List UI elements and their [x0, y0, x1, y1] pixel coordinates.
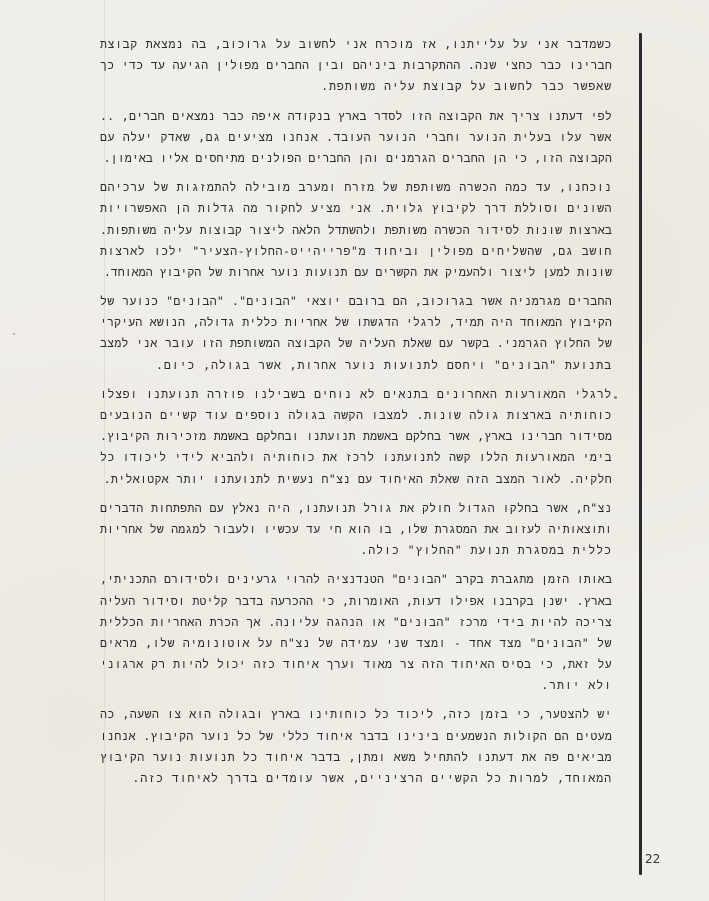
text-line: בימי המאורעות הללו קשה לתנועתנו לרכז את … [100, 447, 612, 468]
text-line: ותוצאותיה לעזוב את המסגרת שלו, בו הוא חי… [100, 519, 612, 540]
text-line: חברינו כבר כחצי שנה. ההתקרבות ביניהם ובי… [100, 55, 612, 76]
text-line: בארץ. ישנן בקרבנו אפילו דעות, האומרות, כ… [100, 591, 612, 612]
text-line: צריכה להיות בידי מרכז "הבונים" או הנהגה … [100, 612, 612, 633]
paragraph: יש להצטער, כי בזמן כזה, ליכוד כל כוחותינ… [100, 704, 612, 789]
text-line: מעטים הם הקולות הנשמעים בינינו בדבר איחו… [100, 726, 612, 747]
text-line: הקבוצה הזו, כי הן החברים הגרמנים והן החב… [100, 148, 612, 169]
text-line: מסידור חברינו בארץ, אשר בחלקם באשמת תנוע… [100, 426, 612, 447]
paragraph: החברים מגרמניה אשר בגרוכוב, הם ברובם יוצ… [100, 291, 612, 376]
text-line: חושב גם, שהשליחים מפולין וביחוד מ"פרייהי… [100, 241, 612, 262]
text-line: הקיבוץ המאוחד היה תמיד, לרגלי הדגשתו של … [100, 312, 612, 333]
text-line: על זאת, כי בסיס האיחוד הזה צר מאוד וערך … [100, 654, 612, 675]
text-line: כשמדבר אני על עלייתנו, אז מוכרח אני לחשו… [100, 34, 612, 55]
paragraph: לפי דעתנו צריך את הקבוצה הזו לסדר בארץ ב… [100, 106, 612, 170]
text-line: החברים מגרמניה אשר בגרוכוב, הם ברובם יוצ… [100, 291, 612, 312]
paragraph: לרגלי המאורעות האחרונים בתנאים לא נוחים … [100, 384, 612, 490]
text-line: של החלוץ הגרמני. בקשר עם שאלת העליה של ה… [100, 333, 612, 354]
paragraph: נוכחנו, עד כמה הכשרה משותפת של מזרח ומער… [100, 177, 612, 283]
paper-speck [13, 333, 15, 335]
text-line: השונים וסוללת דרך לקיבוץ גלוית. אני מציע… [100, 198, 612, 219]
text-line: כללית במסגרת תנועת "החלוץ" כולה. [100, 540, 612, 561]
margin-rule-line [639, 33, 642, 875]
paragraph: באותו הזמן מתגברת בקרב "הבונים" הטנדנציה… [100, 569, 612, 696]
text-line: חלקיה. לאור המצב הזה שאלת האיחוד עם נצ"ח… [100, 469, 612, 490]
text-line: באותו הזמן מתגברת בקרב "הבונים" הטנדנציה… [100, 569, 612, 590]
text-line: לרגלי המאורעות האחרונים בתנאים לא נוחים … [100, 384, 612, 405]
text-line: ולא יותר. [100, 675, 612, 696]
paper-speck [614, 396, 617, 399]
typewritten-text-body: כשמדבר אני על עלייתנו, אז מוכרח אני לחשו… [100, 34, 612, 797]
text-line: שונות למען ליצור ולהעמיק את הקשרים עם תנ… [100, 262, 612, 283]
text-line: בארצות שונות לסידור הכשרה משותפת ולהשתדל… [100, 220, 612, 241]
text-line: נוכחנו, עד כמה הכשרה משותפת של מזרח ומער… [100, 177, 612, 198]
text-line: נצ"ח, אשר בחלקו הגדול חולק את גורל תנועת… [100, 498, 612, 519]
text-line: המאוחד, למרות כל הקשיים הרציניים, אשר עו… [100, 768, 612, 789]
text-line: של "הבונים" מצד אחד - ומצד שני עמידה של … [100, 633, 612, 654]
text-line: לפי דעתנו צריך את הקבוצה הזו לסדר בארץ ב… [100, 106, 612, 127]
paragraph: נצ"ח, אשר בחלקו הגדול חולק את גורל תנועת… [100, 498, 612, 562]
text-line: אשר עלו בעלית הנוער וחברי הנוער העובד. א… [100, 127, 612, 148]
text-line: מביאים פה את דעתנו להתחיל משא ומתן, בדבר… [100, 747, 612, 768]
text-line: יש להצטער, כי בזמן כזה, ליכוד כל כוחותינ… [100, 704, 612, 725]
text-line: שאפשר כבר לחשוב על קבוצת עליה משותפת. [100, 76, 612, 97]
text-line: כוחותיה בארצות גולה שונות. למצבו הקשה בג… [100, 405, 612, 426]
paragraph: כשמדבר אני על עלייתנו, אז מוכרח אני לחשו… [100, 34, 612, 98]
text-line: בתנועת "הבונים" ויחסם לתנועות נוער אחרות… [100, 355, 612, 376]
page-number: 22 [645, 852, 660, 866]
